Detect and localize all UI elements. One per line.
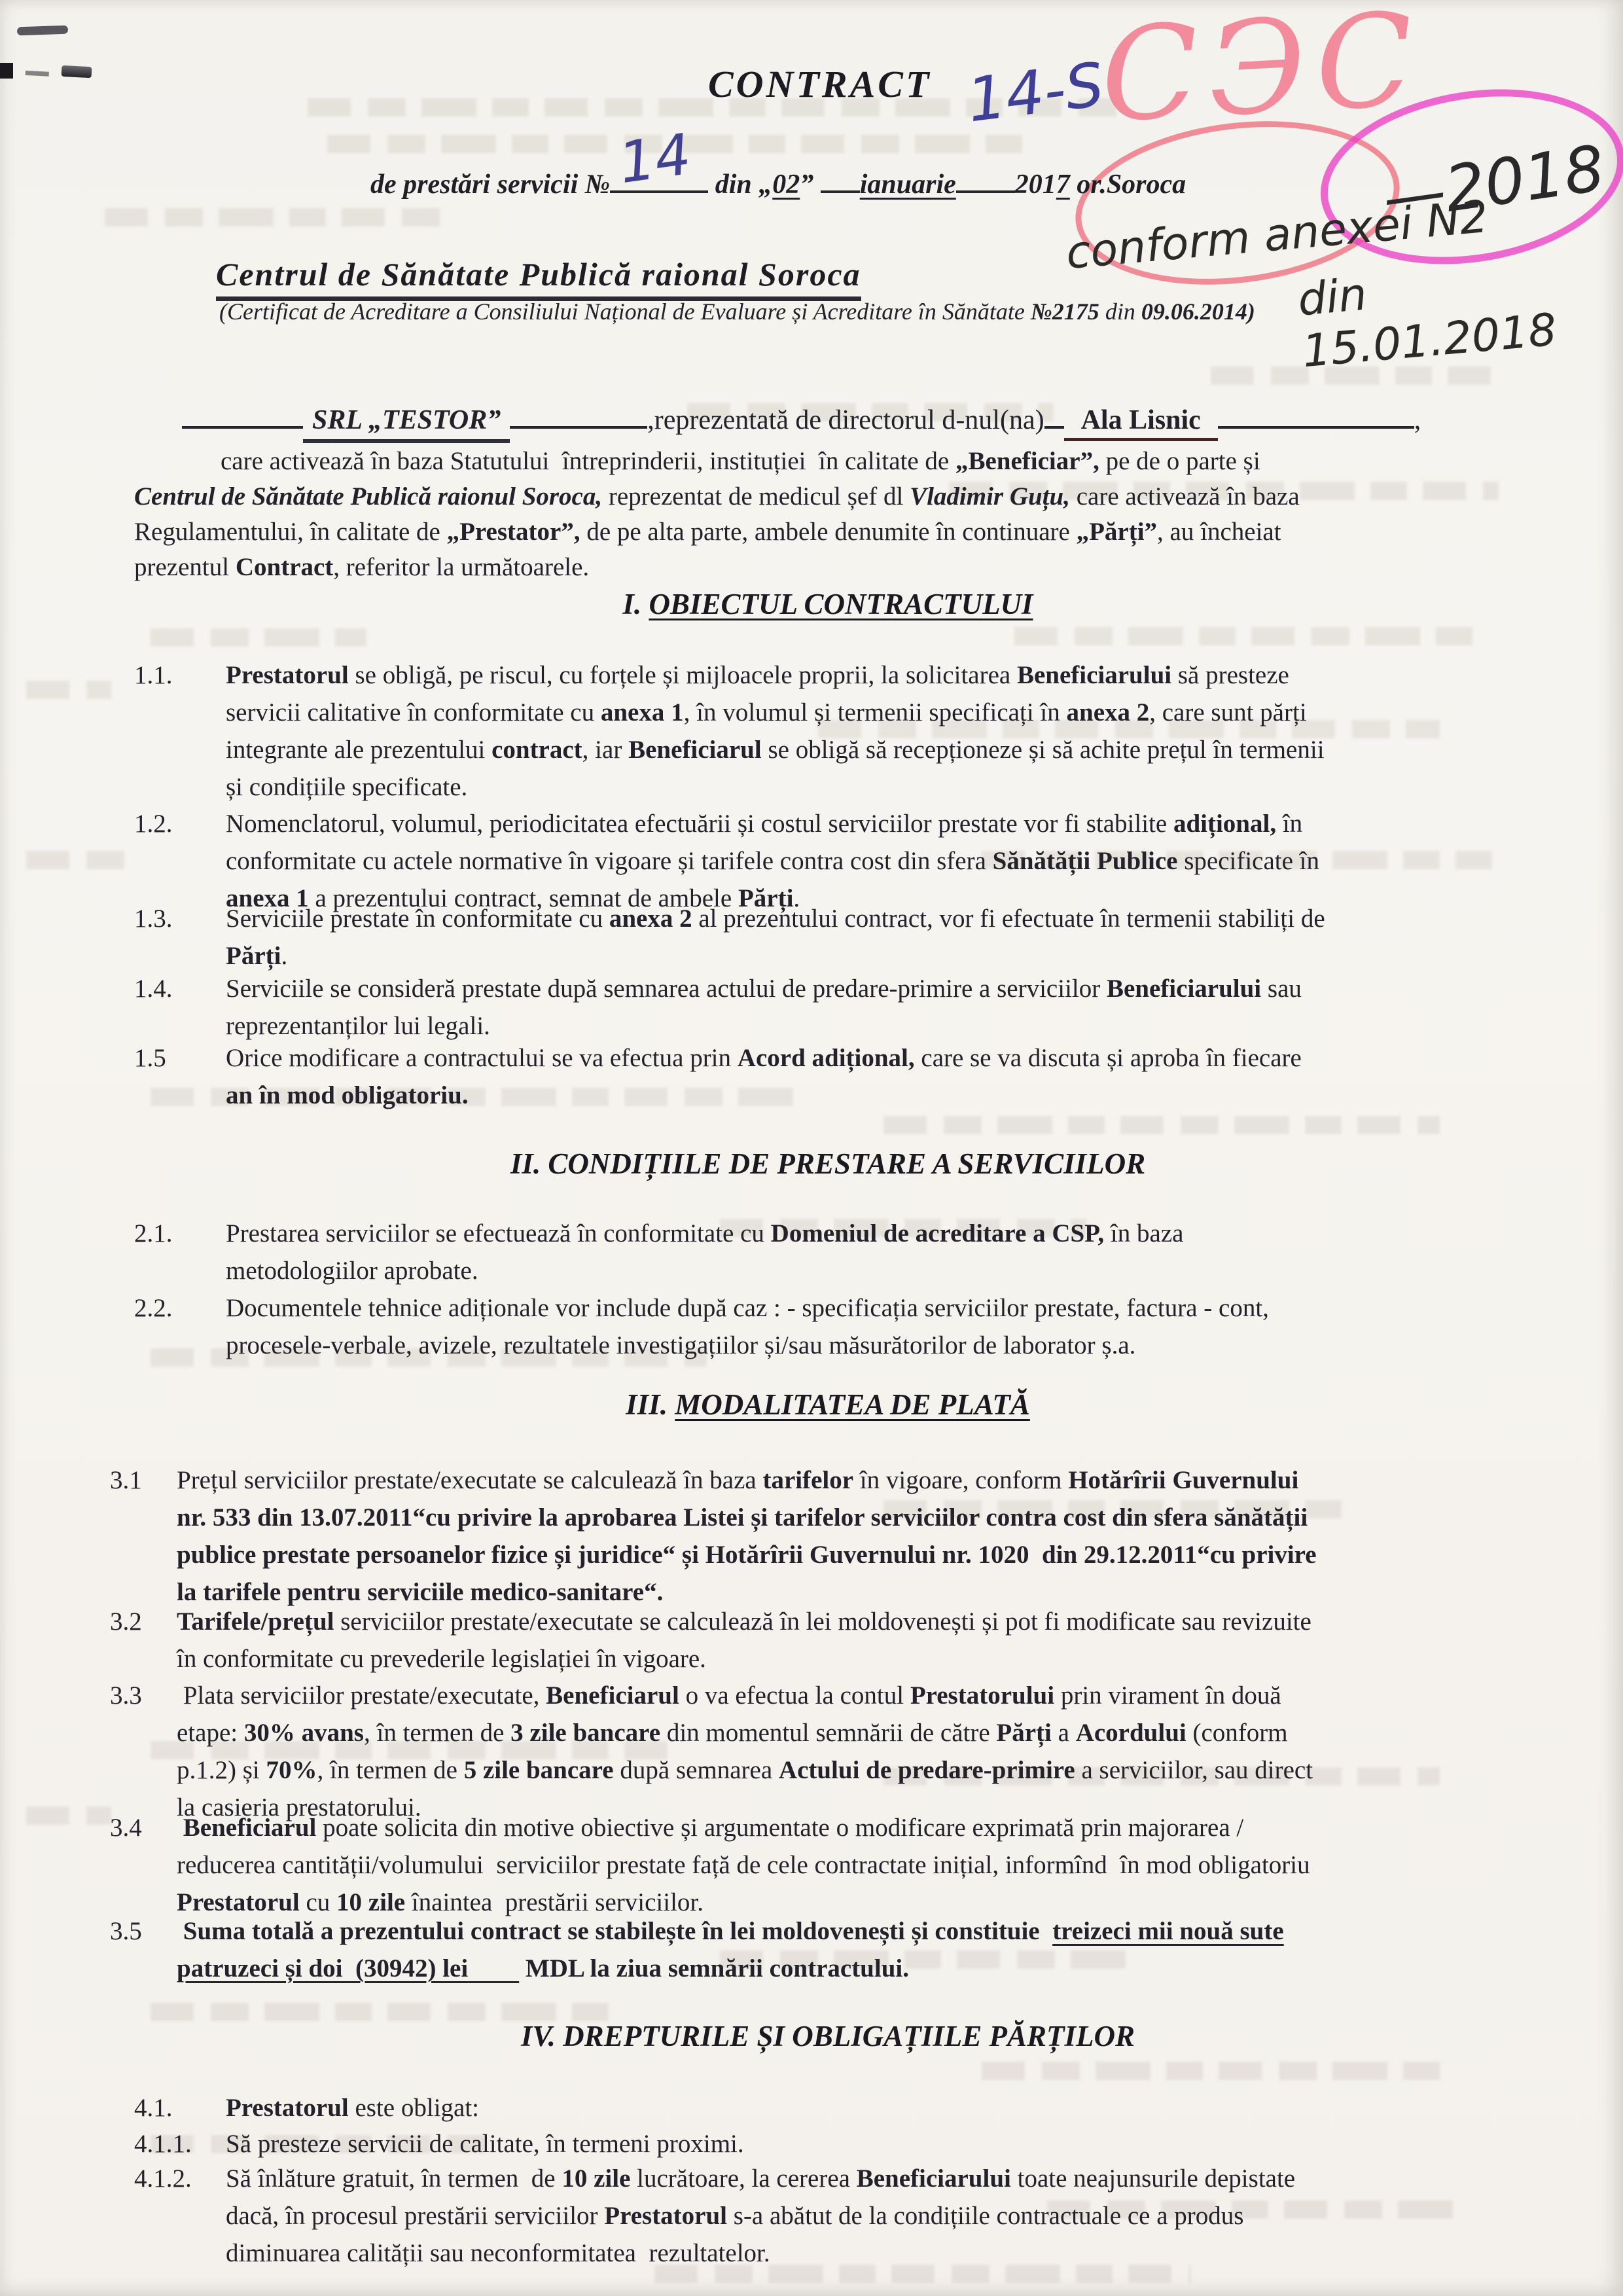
date-year-last-digit: 7	[1056, 170, 1070, 200]
clause-3-2: 3.2Tarifele/prețul serviciilor prestate/…	[177, 1603, 1571, 1677]
provider-name: Centrul de Sănătate Publică raional Soro…	[216, 255, 861, 301]
clause-number: 3.3	[110, 1677, 142, 1714]
ghost-bleedthrough-line	[105, 208, 445, 226]
date-close-quote: ”	[800, 170, 821, 200]
clause-3-3: 3.3 Plata serviciilor prestate/executate…	[177, 1677, 1571, 1826]
clause-number: 4.1.2.	[134, 2160, 192, 2197]
contract-title: CONTRACT	[708, 62, 931, 106]
clause-3-1: 3.1Prețul serviciilor prestate/executate…	[177, 1462, 1571, 1611]
underline-gap	[1044, 420, 1064, 429]
date-day: 02	[772, 170, 800, 200]
ghost-bleedthrough-line	[151, 2003, 609, 2021]
clause-text: Tarifele/prețul serviciilor prestate/exe…	[177, 1607, 1311, 1673]
clause-1-3: 1.3.Serviciile prestate în conformitate …	[226, 900, 1620, 975]
clause-text: Prestarea serviciilor se efectuează în c…	[226, 1219, 1183, 1285]
clause-text: Suma totală a prezentului contract se st…	[177, 1917, 1284, 1982]
clause-4-1-1: 4.1.1.Să presteze servicii de calitate, …	[226, 2125, 1620, 2162]
clause-2-2: 2.2.Documentele tehnice adiționale vor i…	[226, 1289, 1620, 1364]
director-name: Ala Lisnic	[1064, 405, 1218, 441]
underline-gap	[821, 184, 860, 193]
clause-text: Prestatorul se obligă, pe riscul, cu for…	[226, 661, 1325, 801]
ghost-bleedthrough-line	[26, 681, 111, 699]
party-line-text: ,reprezentată de directorul d-nul(na)	[647, 405, 1044, 435]
party-line: SRL „TESTOR”,reprezentată de directorul …	[182, 404, 1421, 436]
clause-1-4: 1.4.Serviciile se consideră prestate dup…	[226, 970, 1620, 1045]
clause-text: Serviciile se consideră prestate după se…	[226, 975, 1302, 1040]
section-heading-2: II. CONDIȚIILE DE PRESTARE A SERVICIILOR	[134, 1147, 1522, 1181]
ghost-bleedthrough-line	[883, 1116, 1440, 1134]
section-heading-3: III. MODALITATEA DE PLATĂ	[134, 1388, 1522, 1422]
date-month: ianuarie	[860, 170, 956, 200]
clause-number: 1.1.	[134, 656, 173, 694]
clause-text: Să înlăture gratuit, în termen de 10 zil…	[226, 2164, 1295, 2267]
clause-number: 1.3.	[134, 900, 173, 937]
clause-number: 3.5	[110, 1912, 142, 1950]
provider-certificate: (Certificat de Acreditare a Consiliului …	[219, 298, 1255, 325]
scan-corner-mark	[17, 26, 68, 36]
underline-gap	[510, 420, 647, 429]
clause-number: 1.2.	[134, 805, 173, 842]
section-heading-1: I. OBIECTUL CONTRACTULUI	[134, 587, 1522, 621]
clause-text: Serviciile prestate în conformitate cu a…	[226, 905, 1325, 970]
section-heading-4: IV. DREPTURILE ȘI OBLIGAȚIILE PĂRȚILOR	[134, 2019, 1522, 2053]
clause-text: Documentele tehnice adiționale vor inclu…	[226, 1294, 1269, 1359]
clause-2-1: 2.1.Prestarea serviciilor se efectuează …	[226, 1215, 1620, 1289]
ghost-bleedthrough-line	[151, 628, 366, 647]
underline-gap	[1218, 420, 1414, 429]
clause-4-1-2: 4.1.2.Să înlăture gratuit, în termen de …	[226, 2160, 1620, 2272]
scanned-contract-page: CONTRACT 14-S СЭС —2018 conform anexei N…	[0, 0, 1623, 2296]
clause-3-4: 3.4 Beneficiarul poate solicita din moti…	[177, 1809, 1571, 1921]
clause-number: 4.1.	[134, 2089, 173, 2126]
clause-text: Orice modificare a contractului se va ef…	[226, 1044, 1302, 1109]
handwritten-contract-number: 14	[615, 122, 695, 196]
clause-text: Beneficiarul poate solicita din motive o…	[177, 1814, 1310, 1916]
clause-text: Plata serviciilor prestate/executate, Be…	[177, 1681, 1313, 1821]
ghost-bleedthrough-line	[1014, 627, 1472, 645]
contract-number-field: 14	[610, 183, 708, 193]
clause-number: 3.4	[110, 1809, 142, 1846]
clause-text: Prețul serviciilor prestate/executate se…	[177, 1466, 1317, 1606]
handwritten-note-line2: din 15.01.2018	[1296, 247, 1623, 378]
staple-edge-mark	[0, 63, 13, 79]
clause-1-5: 1.5Orice modificare a contractului se va…	[226, 1039, 1620, 1114]
date-prefix: de prestări servicii №	[370, 170, 610, 200]
clause-text: Să presteze servicii de calitate, în ter…	[226, 2130, 744, 2158]
clause-number: 2.1.	[134, 1215, 173, 1252]
date-din: din „	[708, 170, 772, 200]
underline-gap	[956, 184, 1015, 193]
intro-paragraph: care activează în baza Statutului întrep…	[134, 444, 1528, 585]
clause-number: 3.2	[110, 1603, 142, 1640]
ses-marker-stamp: СЭС	[1097, 0, 1425, 141]
clause-number: 2.2.	[134, 1289, 173, 1327]
clause-number: 1.4.	[134, 970, 173, 1007]
clause-1-1: 1.1.Prestatorul se obligă, pe riscul, cu…	[226, 656, 1620, 806]
clause-text: Prestatorul este obligat:	[226, 2094, 479, 2122]
beneficiary-company-name: SRL „TESTOR”	[303, 405, 510, 443]
staple-icon	[62, 65, 92, 78]
clause-4-1: 4.1.Prestatorul este obligat:	[226, 2089, 1620, 2126]
clause-number: 3.1	[110, 1462, 142, 1499]
clause-text: Nomenclatorul, volumul, periodicitatea e…	[226, 810, 1319, 912]
ghost-bleedthrough-line	[982, 2062, 1440, 2080]
handwritten-number-annotation: 14-S	[963, 50, 1107, 136]
underline-gap	[182, 420, 303, 429]
clause-3-5: 3.5 Suma totală a prezentului contract s…	[177, 1912, 1571, 1987]
date-place: or.Soroca	[1070, 170, 1186, 200]
date-year: 201	[1015, 170, 1056, 200]
contract-date-line: de prestări servicii №14 din „02” ianuar…	[370, 169, 1186, 200]
ghost-bleedthrough-line	[26, 1806, 111, 1825]
trailing-comma: ,	[1414, 405, 1421, 435]
ghost-bleedthrough-line	[26, 851, 124, 869]
clause-number: 1.5	[134, 1039, 166, 1077]
clause-number: 4.1.1.	[134, 2125, 192, 2162]
